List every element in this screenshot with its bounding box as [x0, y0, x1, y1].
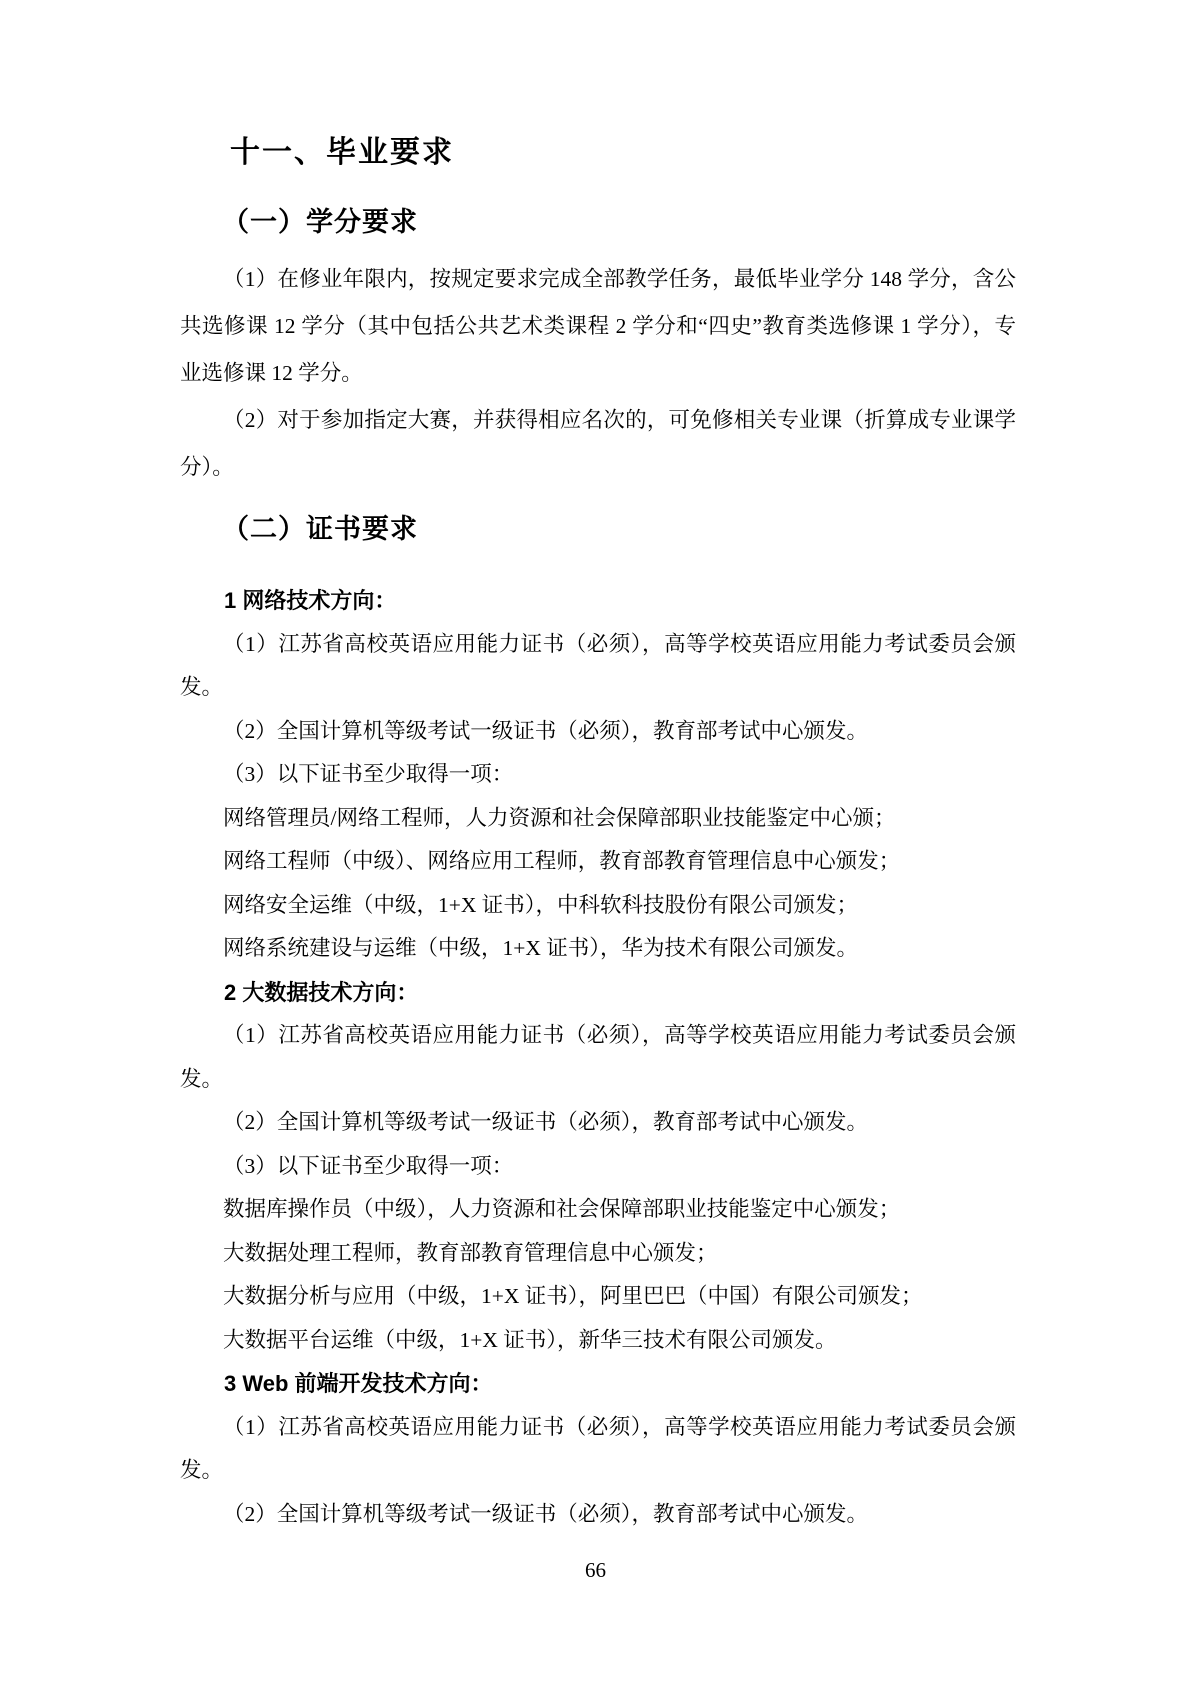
certificate-requirements-heading: （二）证书要求	[222, 509, 1016, 549]
track-2-option-4: 大数据平台运维（中级，1+X 证书），新华三技术有限公司颁发。	[180, 1319, 1016, 1363]
credit-paragraph-1: （1）在修业年限内，按规定要求完成全部教学任务，最低毕业学分 148 学分，含公…	[180, 256, 1016, 397]
track-2-item-2: （2）全国计算机等级考试一级证书（必须），教育部考试中心颁发。	[180, 1101, 1016, 1145]
track-1-option-4: 网络系统建设与运维（中级，1+X 证书），华为技术有限公司颁发。	[180, 927, 1016, 971]
track-3-title: 3 Web 前端开发技术方向：	[180, 1362, 1016, 1406]
page-number: 66	[0, 1556, 1191, 1584]
credit-requirements-heading: （一）学分要求	[222, 202, 1016, 242]
track-1-item-3: （3）以下证书至少取得一项：	[180, 753, 1016, 797]
track-2-option-2: 大数据处理工程师，教育部教育管理信息中心颁发；	[180, 1232, 1016, 1276]
track-2-option-1: 数据库操作员（中级），人力资源和社会保障部职业技能鉴定中心颁发；	[180, 1188, 1016, 1232]
track-2-item-1: （1）江苏省高校英语应用能力证书（必须），高等学校英语应用能力考试委员会颁发。	[180, 1014, 1016, 1101]
credit-paragraph-2: （2）对于参加指定大赛，并获得相应名次的，可免修相关专业课（折算成专业课学分）。	[180, 397, 1016, 491]
track-2-title: 2 大数据技术方向：	[180, 971, 1016, 1015]
track-3-item-1: （1）江苏省高校英语应用能力证书（必须），高等学校英语应用能力考试委员会颁发。	[180, 1406, 1016, 1493]
track-1-option-1: 网络管理员/网络工程师，人力资源和社会保障部职业技能鉴定中心颁；	[180, 797, 1016, 841]
document-content: 十一、毕业要求 （一）学分要求 （1）在修业年限内，按规定要求完成全部教学任务，…	[180, 132, 1016, 1536]
track-2-option-3: 大数据分析与应用（中级，1+X 证书），阿里巴巴（中国）有限公司颁发；	[180, 1275, 1016, 1319]
document-page: 十一、毕业要求 （一）学分要求 （1）在修业年限内，按规定要求完成全部教学任务，…	[0, 0, 1191, 1684]
section-title: 十一、毕业要求	[230, 132, 1016, 174]
track-1-option-3: 网络安全运维（中级，1+X 证书），中科软科技股份有限公司颁发；	[180, 884, 1016, 928]
track-1-title: 1 网络技术方向：	[180, 579, 1016, 623]
track-1-item-2: （2）全国计算机等级考试一级证书（必须），教育部考试中心颁发。	[180, 710, 1016, 754]
track-3-item-2: （2）全国计算机等级考试一级证书（必须），教育部考试中心颁发。	[180, 1493, 1016, 1537]
track-2-item-3: （3）以下证书至少取得一项：	[180, 1145, 1016, 1189]
track-1-option-2: 网络工程师（中级）、网络应用工程师，教育部教育管理信息中心颁发；	[180, 840, 1016, 884]
track-1-item-1: （1）江苏省高校英语应用能力证书（必须），高等学校英语应用能力考试委员会颁发。	[180, 623, 1016, 710]
